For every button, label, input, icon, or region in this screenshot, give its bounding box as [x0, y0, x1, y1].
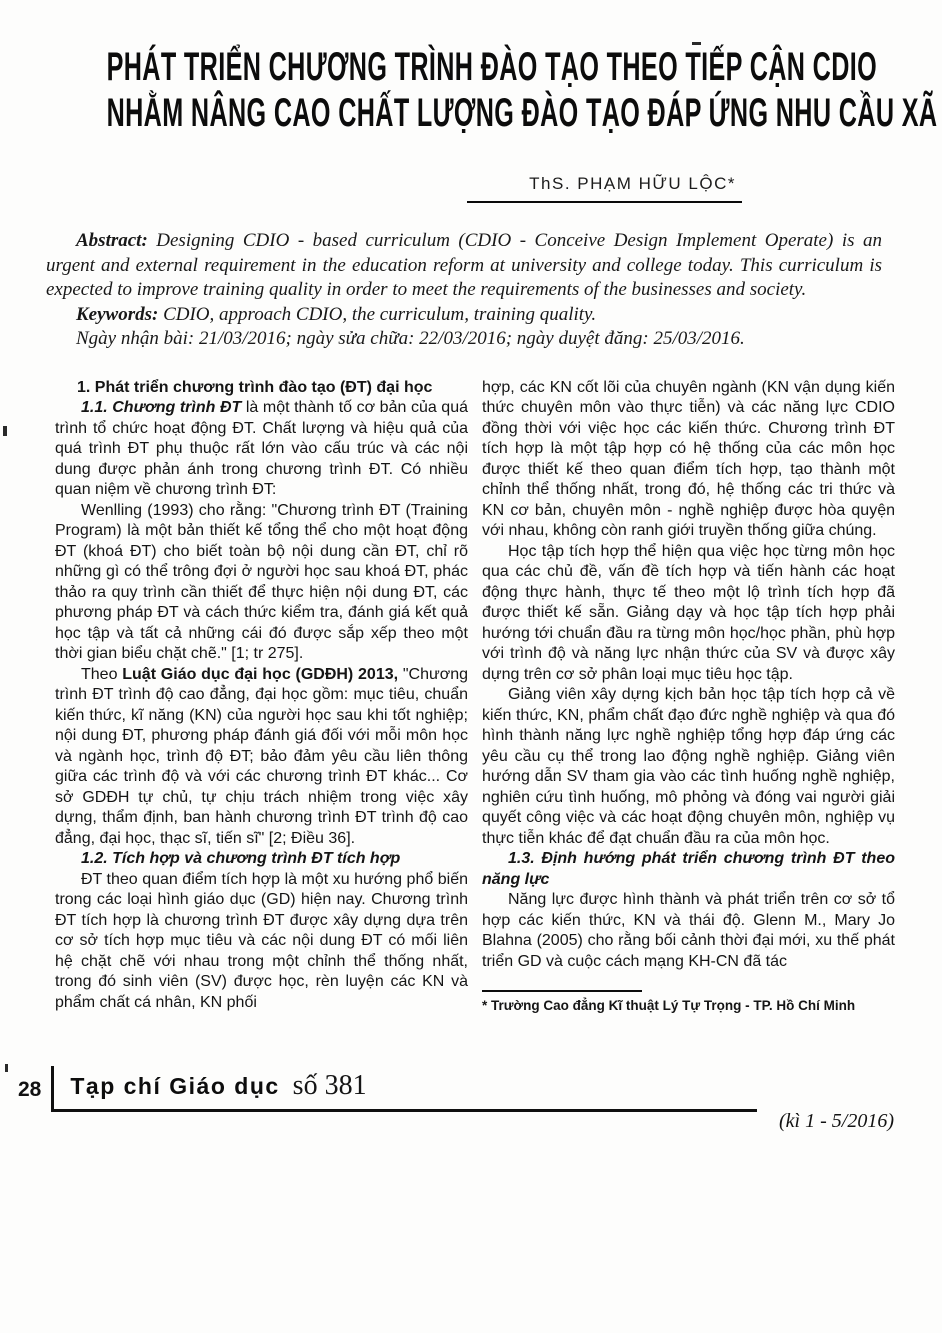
right-column: hợp, các KN cốt lõi của chuyên ngành (KN… [482, 378, 895, 1015]
abstract-text: Designing CDIO - based curriculum (CDIO … [46, 230, 882, 300]
journal-page-scan: PHÁT TRIỂN CHƯƠNG TRÌNH ĐÀO TẠO THEO TIẾ… [0, 0, 942, 1333]
paragraph-lecturer-scenario: Giảng viên xây dựng kịch bản học tập tíc… [482, 685, 895, 849]
journal-name: Tạp chí Giáo dục [70, 1073, 279, 1100]
subsection-1-1-lead: 1.1. Chương trình ĐT [81, 399, 241, 416]
article-body: 1. Phát triển chương trình đào tạo (ĐT) … [55, 378, 895, 1015]
paragraph-1-2-continued: hợp, các KN cốt lõi của chuyên ngành (KN… [482, 378, 895, 542]
journal-issue-number: số 381 [293, 1070, 367, 1102]
author-affiliation-footnote: * Trường Cao đẳng Kĩ thuật Lý Tự Trọng -… [482, 997, 895, 1014]
keywords-label: Keywords: [76, 304, 158, 325]
abstract-label: Abstract: [76, 230, 148, 251]
paragraph-law-bold: Luật Giáo dục đại học (GDĐH) 2013, [122, 666, 398, 683]
scan-artifact [5, 1064, 8, 1072]
article-header: PHÁT TRIỂN CHƯƠNG TRÌNH ĐÀO TẠO THEO TIẾ… [0, 0, 942, 203]
author-name: ThS. PHẠM HỮU LỘC* [467, 174, 742, 203]
author-row: ThS. PHẠM HỮU LỘC* [0, 174, 942, 203]
section-1-heading: 1. Phát triển chương trình đào tạo (ĐT) … [55, 378, 468, 399]
article-title-line2: NHẰM NÂNG CAO CHẤT LƯỢNG ĐÀO TẠO ĐÁP ỨNG… [107, 88, 714, 138]
footnote-divider [482, 990, 642, 992]
section-1-2-heading: 1.2. Tích hợp và chương trình ĐT tích hợ… [55, 849, 468, 870]
paragraph-1-1: 1.1. Chương trình ĐT là một thành tố cơ … [55, 398, 468, 501]
paragraph-wenlling-quote: Wenlling (1993) cho rằng: "Chương trình … [55, 501, 468, 665]
paragraph-law-pre: Theo [81, 666, 122, 683]
scan-artifact [3, 426, 7, 436]
page-footer: 28 Tạp chí Giáo dục số 381 (kì 1 - 5/201… [18, 1066, 912, 1146]
issue-info: (kì 1 - 5/2016) [779, 1110, 894, 1133]
paragraph-law-text: "Chương trình ĐT trình độ cao đẳng, đại … [55, 666, 468, 847]
paragraph-integrated-learning: Học tập tích hợp thể hiện qua việc học t… [482, 542, 895, 686]
dates-line: Ngày nhận bài: 21/03/2016; ngày sửa chữa… [46, 327, 882, 352]
page-number: 28 [18, 1066, 51, 1112]
abstract-section: Abstract: Designing CDIO - based curricu… [46, 229, 882, 352]
journal-title-block: Tạp chí Giáo dục số 381 [51, 1066, 757, 1112]
abstract-paragraph: Abstract: Designing CDIO - based curricu… [46, 229, 882, 303]
article-title-line1: PHÁT TRIỂN CHƯƠNG TRÌNH ĐÀO TẠO THEO TIẾ… [107, 42, 714, 92]
left-column: 1. Phát triển chương trình đào tạo (ĐT) … [55, 378, 468, 1015]
section-1-3-heading: 1.3. Định hướng phát triển chương trình … [482, 849, 895, 890]
paragraph-1-2: ĐT theo quan điểm tích hợp là một xu hướ… [55, 870, 468, 1014]
paragraph-education-law: Theo Luật Giáo dục đại học (GDĐH) 2013, … [55, 665, 468, 850]
paragraph-1-3: Năng lực được hình thành và phát triển t… [482, 890, 895, 972]
footer-main: 28 Tạp chí Giáo dục số 381 [18, 1066, 912, 1112]
keywords-line: Keywords: CDIO, approach CDIO, the curri… [46, 303, 882, 328]
keywords-text: CDIO, approach CDIO, the curriculum, tra… [158, 304, 596, 325]
